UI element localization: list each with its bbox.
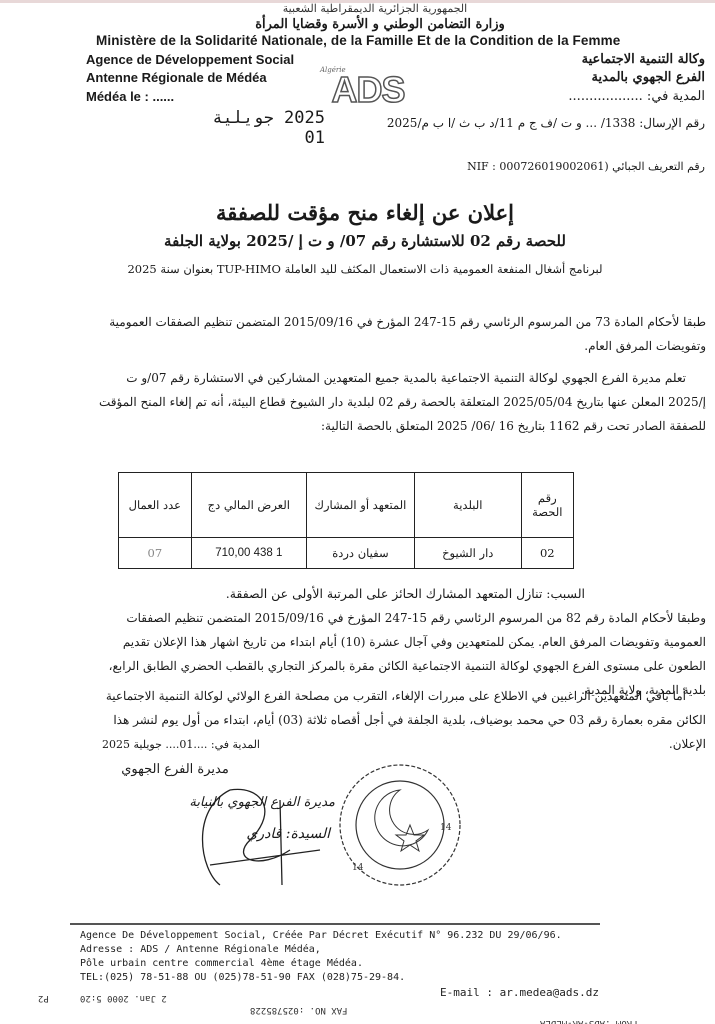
- footer-location: Pôle urbain centre commercial 4ème étage…: [80, 958, 363, 969]
- announcement-subtitle: للحصة رقم 02 للاستشارة رقم 07/ و ت إ /20…: [140, 232, 590, 250]
- fax-header-number: FAX NO. :025785228: [250, 997, 348, 1016]
- col-financial-offer: العرض المالي دج: [191, 473, 306, 538]
- fax-page-marker: P2: [38, 985, 49, 1004]
- agency-name-ar: وكالة التنمية الاجتماعية: [582, 52, 705, 67]
- logo-subtext: Algérie: [320, 66, 346, 74]
- col-bidder: المتعهد أو المشارك: [306, 473, 414, 538]
- col-workers: عدد العمال: [119, 473, 192, 538]
- paragraph-legal-basis: طبقا لأحكام المادة 73 من المرسوم الرئاسي…: [92, 310, 706, 358]
- branch-name-ar: الفرع الجهوي بالمدية: [592, 70, 705, 85]
- svg-text:14: 14: [352, 863, 364, 873]
- ministry-title-fr: Ministère de la Solidarité Nationale, de…: [96, 33, 715, 48]
- agency-name-fr: Agence de Développement Social: [86, 52, 294, 67]
- program-title: لبرنامج أشغال المنفعة العمومية ذات الاست…: [120, 262, 610, 276]
- handwritten-date: 2025 جويلية 01: [185, 108, 325, 148]
- ministry-title-ar: وزارة التضامن الوطني و الأسرة وقضايا الم…: [200, 17, 560, 32]
- lot-table: رقم الحصة البلدية المتعهد أو المشارك الع…: [118, 472, 574, 569]
- col-lot-number: رقم الحصة: [521, 473, 573, 538]
- footer-divider: [70, 923, 600, 925]
- cell-municipality: دار الشيوخ: [414, 538, 521, 569]
- date-label-fr: Médéa le : ......: [86, 89, 174, 104]
- seal-number: 14: [440, 823, 452, 833]
- city-date-ar: المدية في: ..................: [568, 89, 705, 104]
- footer-email: E-mail : ar.medea@ads.dz: [440, 986, 599, 999]
- table-row: 02 دار الشيوخ سفيان دردة 1 438 710,00 07: [119, 538, 574, 569]
- signatory-stamp: مديرة الفرع الجهوي بالنيابة: [175, 795, 335, 810]
- cell-financial-offer: 1 438 710,00: [191, 538, 306, 569]
- signature-date: المدية في: ....01.... جويلية 2025: [70, 738, 260, 751]
- signatory-name: السيدة: قادري: [200, 826, 330, 842]
- footer-address: Adresse : ADS / Antenne Régionale Médéa,: [80, 944, 321, 955]
- signatory-title: مديرة الفرع الجهوي: [110, 762, 240, 777]
- footer-agency-decree: Agence De Développement Social, Créée Pa…: [80, 930, 562, 941]
- cell-bidder: سفيان دردة: [306, 538, 414, 569]
- antenne-name-fr: Antenne Régionale de Médéa: [86, 70, 267, 85]
- ads-logo: Algérie ADS: [318, 72, 418, 108]
- table-header-row: رقم الحصة البلدية المتعهد أو المشارك الع…: [119, 473, 574, 538]
- cell-workers: 07: [119, 538, 192, 569]
- cancellation-reason: السبب: تنازل المتعهد المشارك الحائز على …: [85, 582, 585, 606]
- fax-header-date: 2 Jan. 2000 5:20: [80, 985, 167, 1004]
- footer-phone-fax: TEL:(025) 78-51-88 OU (025)78-51-90 FAX …: [80, 972, 405, 983]
- announcement-title: إعلان عن إلغاء منح مؤقت للصفقة: [140, 200, 590, 225]
- reference-number: رقم الإرسال: 1338/ ... و ت /ف ج م 11/د ب…: [387, 116, 705, 130]
- fax-header-from: FROM :ADS-AR-MEDEA: [540, 1010, 638, 1024]
- paragraph-notice: تعلم مديرة الفرع الجهوي لوكالة التنمية ا…: [92, 366, 706, 438]
- official-seal-icon: 14 14: [330, 760, 470, 890]
- tax-id: رقم التعريف الجبائي (NIF : 0007260190020…: [467, 160, 705, 173]
- republic-title-ar: الجمهورية الجزائرية الديمقراطية الشعبية: [210, 2, 540, 15]
- logo-text: ADS: [318, 72, 418, 108]
- col-municipality: البلدية: [414, 473, 521, 538]
- cell-lot-number: 02: [521, 538, 573, 569]
